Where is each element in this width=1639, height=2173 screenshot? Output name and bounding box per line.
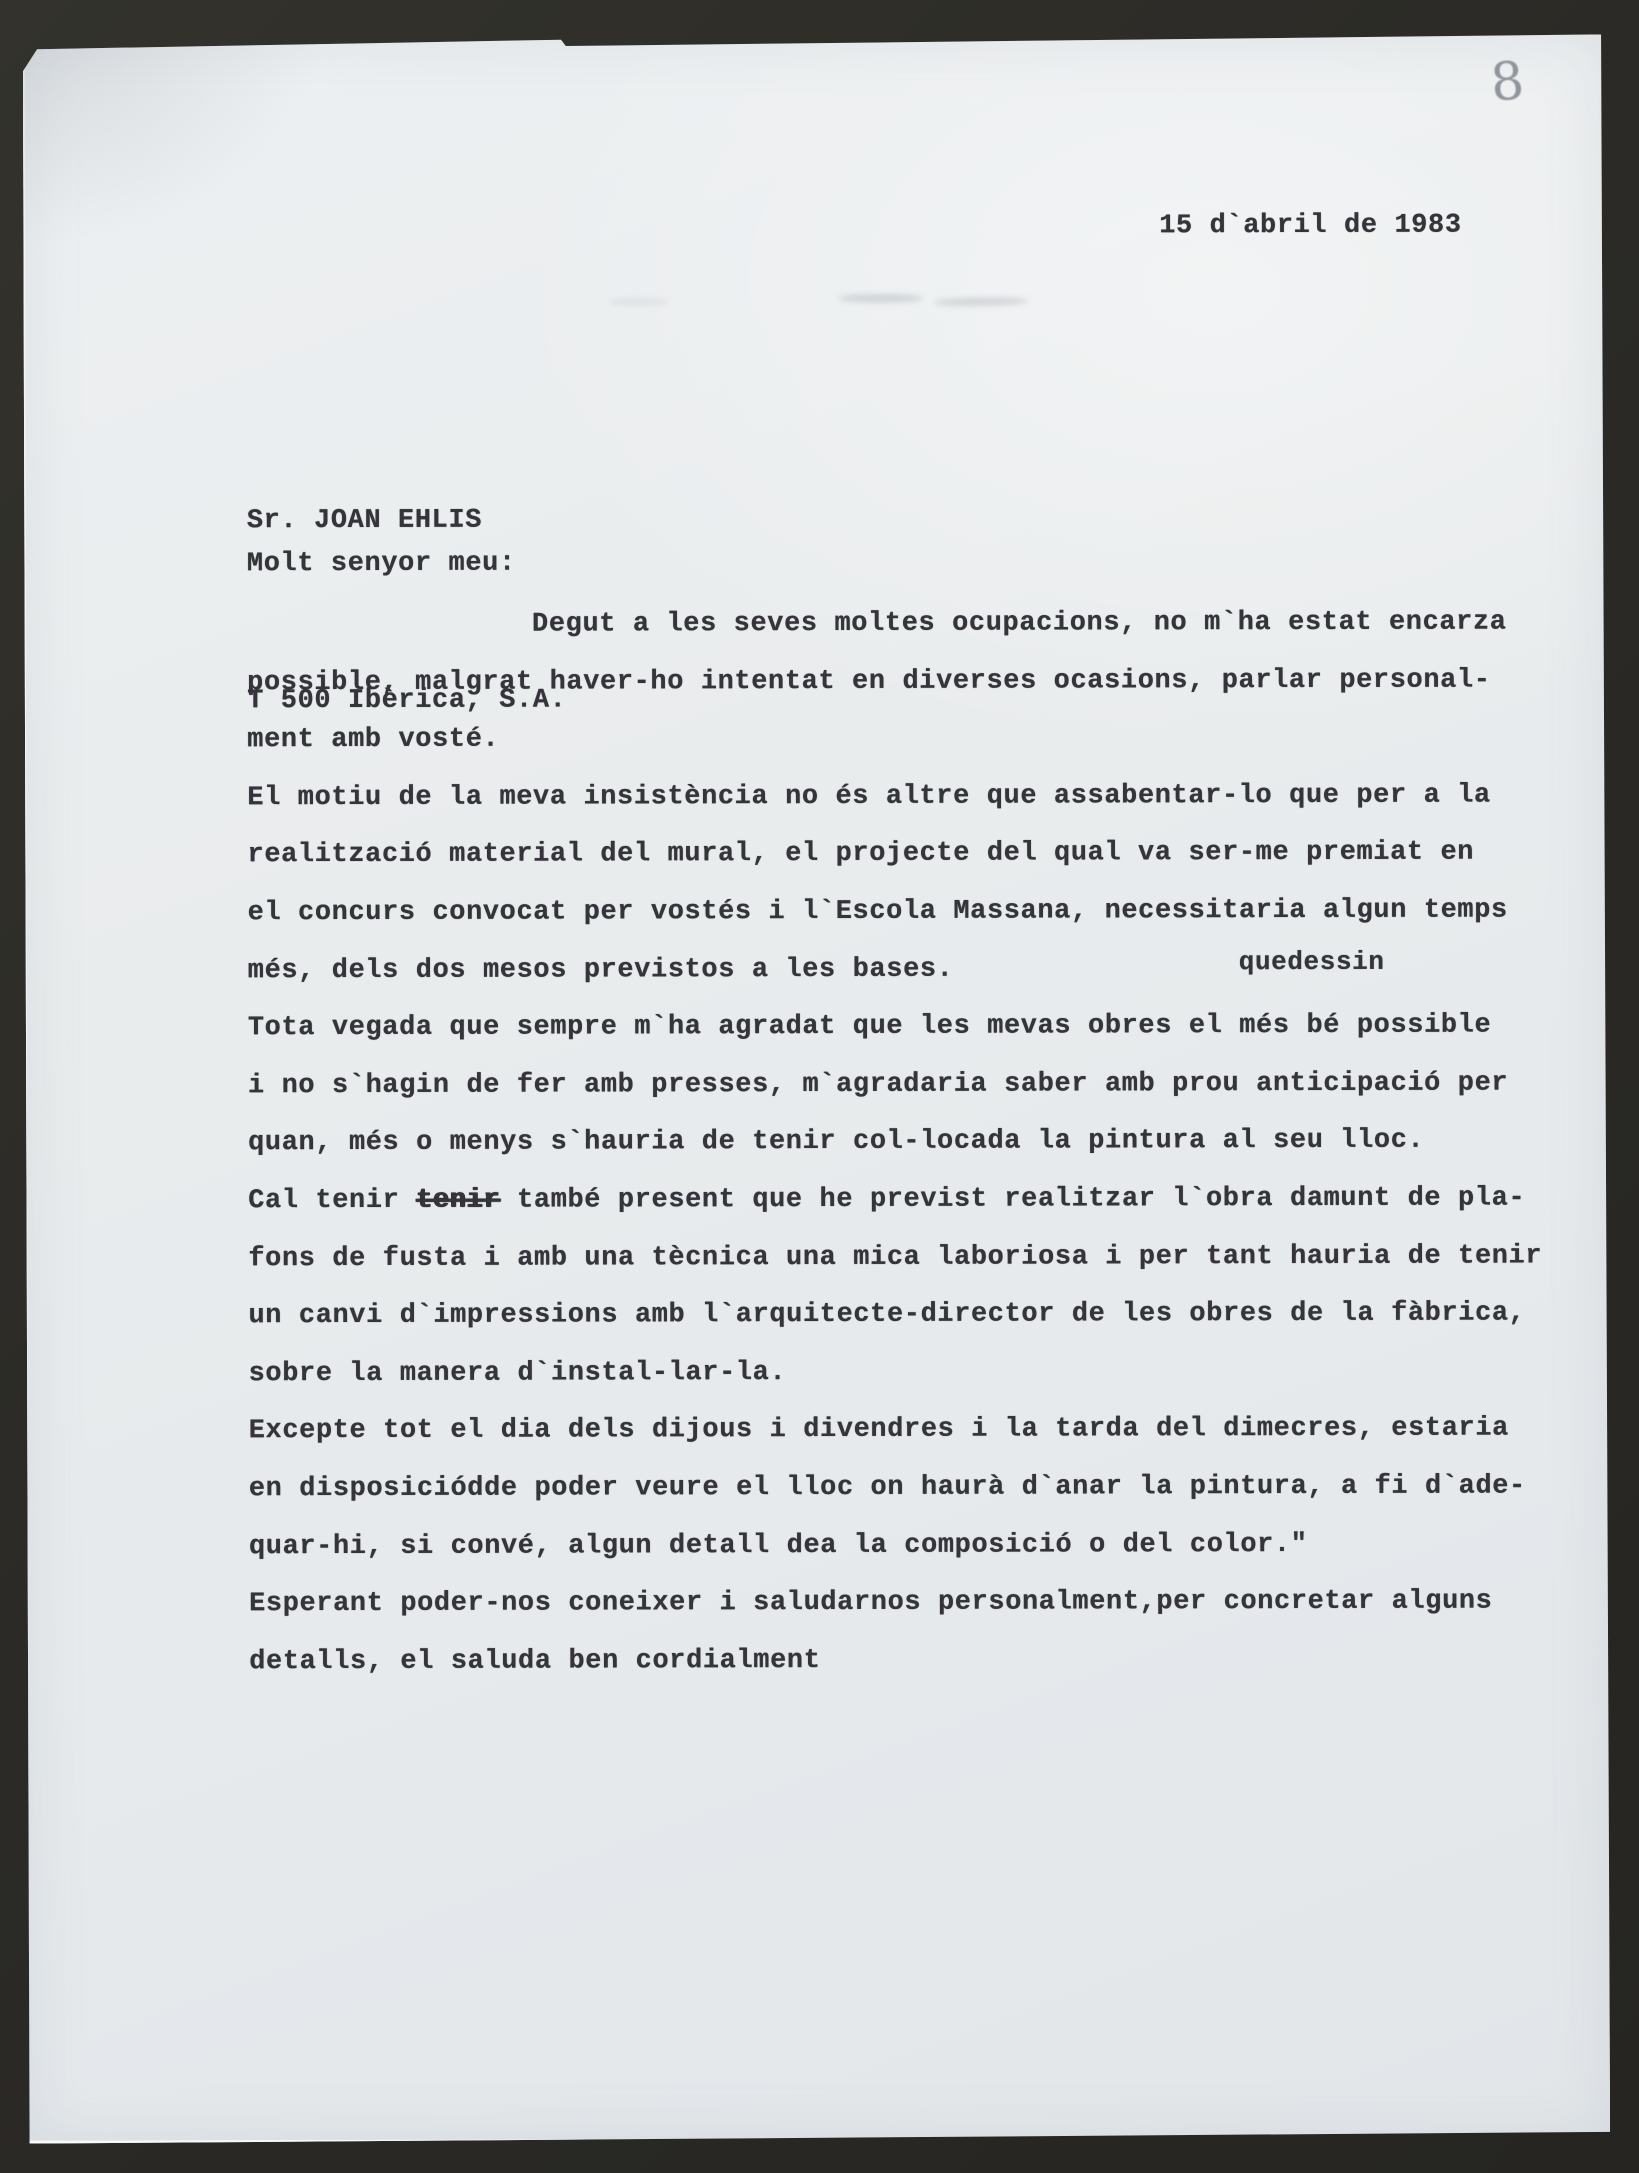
letter-text: el concurs convocat per vostés i l`Escol… [248,896,1508,929]
letter-line: i no s`hagin de fer amb presses, m`agrad… [248,1063,1542,1123]
letter-text: detalls, el saluda ben cordialment [249,1646,820,1677]
letter-text: Esperant poder-nos coneixer i saludarnos… [249,1587,1492,1620]
letter-line: detalls, el saluda ben cordialment [249,1639,1543,1699]
letter-text: Degut a les seves moltes ocupacions, no … [532,608,1507,640]
erasure-smudge [838,294,923,303]
letter-line: quan, més o menys s`hauria de tenir col-… [248,1121,1542,1181]
letter-line: quar-hi, si convé, algun detall dea la c… [249,1524,1543,1584]
scanned-letter-photo: 8 15 d`abril de 1983 Sr. JOAN EHLIS T 50… [0,0,1639,2173]
letter-text: Cal tenir [248,1186,416,1216]
letter-line: possible, malgrat haver-ho intentat en d… [247,660,1541,720]
letter-line: ment amb vosté. [247,718,1541,778]
letter-text: possible, malgrat haver-ho intentat en d… [247,665,1490,698]
letter-text: en disposiciódde poder veure el lloc on … [249,1471,1526,1504]
letter-line: El motiu de la meva insistència no és al… [247,775,1541,835]
letter-line: Cal tenir tenir també present que he pre… [248,1178,1542,1238]
letter-line: el concurs convocat per vostés i l`Escol… [248,890,1542,950]
letter-body: Degut a les seves moltes ocupacions, no … [247,602,1543,1699]
letter-text: fons de fusta i amb una tècnica una mica… [248,1241,1542,1274]
letter-text: més, dels dos mesos previstos a les base… [248,954,954,985]
recipient-name: Sr. JOAN EHLIS [247,491,566,552]
letter-line: Esperant poder-nos coneixer i saludarnos… [249,1582,1543,1642]
letter-text: quan, més o menys s`hauria de tenir col-… [248,1126,1424,1158]
letter-line: sobre la manera d`instal-lar-la. [249,1351,1543,1411]
letter-line: un canvi d`impressions amb l`arquitecte-… [248,1294,1542,1354]
handwritten-page-number: 8 [1488,51,1526,114]
erasure-smudge [933,297,1028,307]
letter-text: ment amb vosté. [247,725,499,756]
erasure-smudge [608,298,668,305]
salutation: Molt senyor meu: [247,549,516,580]
letter-text: un canvi d`impressions amb l`arquitecte-… [248,1299,1525,1332]
letter-line: Excepte tot el dia dels dijous i divendr… [249,1409,1543,1469]
letter-text: també present que he previst realitzar l… [500,1183,1525,1215]
letter-text: quar-hi, si convé, algun detall dea la c… [249,1529,1308,1561]
letter-date: 15 d`abril de 1983 [1159,211,1462,242]
letter-text: realització material del mural, el proje… [247,838,1474,871]
letter-line: fons de fusta i amb una tècnica una mica… [248,1236,1542,1296]
paper-corner-shading [23,37,454,358]
letter-line: més, dels dos mesos previstos a les base… [248,948,1542,1008]
letter-text: sobre la manera d`instal-lar-la. [249,1358,787,1389]
letter-text: Tota vegada que sempre m`ha agradat que … [248,1011,1491,1044]
letter-line: Degut a les seves moltes ocupacions, no … [247,602,1541,662]
letter-page: 8 15 d`abril de 1983 Sr. JOAN EHLIS T 50… [23,34,1610,2143]
letter-line: realització material del mural, el proje… [247,833,1541,893]
struck-out-word: tenir [416,1186,500,1216]
letter-line: Tota vegada que sempre m`ha agradat que … [248,1006,1542,1066]
letter-text: i no s`hagin de fer amb presses, m`agrad… [248,1068,1508,1101]
letter-line: en disposiciódde poder veure el lloc on … [249,1466,1543,1526]
letter-text: El motiu de la meva insistència no és al… [247,780,1490,813]
letter-text: Excepte tot el dia dels dijous i divendr… [249,1414,1509,1447]
